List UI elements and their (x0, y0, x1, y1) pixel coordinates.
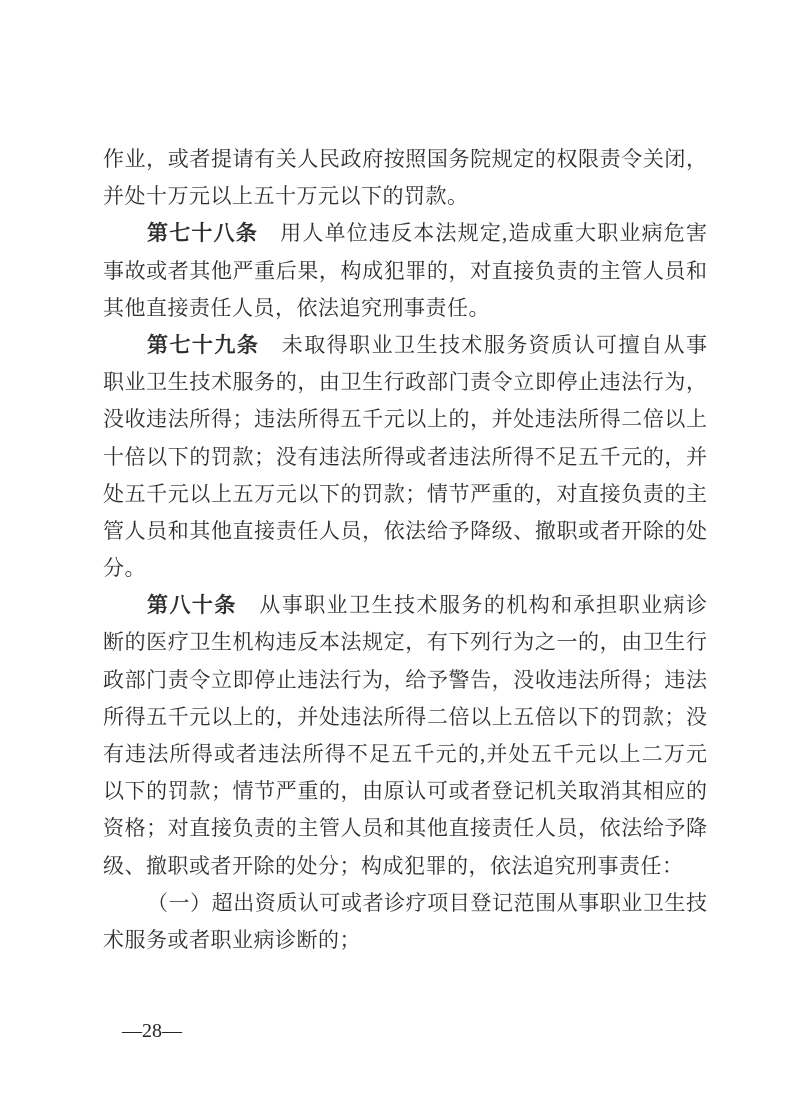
text-line: 管人员和其他直接责任人员，依法给予降级、撤职或者开除的处 (103, 513, 707, 550)
line-text: 其他直接责任人员，依法追究刑事责任。 (103, 296, 490, 320)
text-line: 其他直接责任人员，依法追究刑事责任。 (103, 290, 707, 327)
line-text: 没收违法所得；违法所得五千元以上的，并处违法所得二倍以上 (103, 407, 707, 431)
line-text: 并处十万元以上五十万元以下的罚款。 (103, 184, 469, 208)
text-line: 级、撤职或者开除的处分；构成犯罪的，依法追究刑事责任： (103, 848, 707, 885)
line-text: 资格；对直接负责的主管人员和其他直接责任人员，依法给予降 (103, 816, 707, 840)
line-text: 术服务或者职业病诊断的； (103, 928, 361, 952)
text-line: 政部门责令立即停止违法行为，给予警告，没收违法所得；违法 (103, 662, 707, 699)
line-text: 十倍以下的罚款；没有违法所得或者违法所得不足五千元的，并 (103, 445, 707, 469)
text-line: 术服务或者职业病诊断的； (103, 922, 707, 959)
text-line: 事故或者其他严重后果，构成犯罪的，对直接负责的主管人员和 (103, 253, 707, 290)
text-line: 处五千元以上五万元以下的罚款；情节严重的，对直接负责的主 (103, 476, 707, 513)
line-text: 以下的罚款；情节严重的，由原认可或者登记机关取消其相应的 (103, 779, 707, 803)
article-line: 第七十八条 用人单位违反本法规定,造成重大职业病危害 (103, 215, 707, 252)
line-text: 分。 (103, 556, 146, 580)
text-line: 作业，或者提请有关人民政府按照国务院规定的权限责令关闭， (103, 141, 707, 178)
document-page: 作业，或者提请有关人民政府按照国务院规定的权限责令关闭，并处十万元以上五十万元以… (0, 0, 790, 1118)
line-text: 事故或者其他严重后果，构成犯罪的，对直接负责的主管人员和 (103, 259, 707, 283)
line-text: 管人员和其他直接责任人员，依法给予降级、撤职或者开除的处 (103, 519, 707, 543)
text-line: 并处十万元以上五十万元以下的罚款。 (103, 178, 707, 215)
text-line: （一）超出资质认可或者诊疗项目登记范围从事职业卫生技 (103, 885, 707, 922)
line-text: 所得五千元以上的，并处违法所得二倍以上五倍以下的罚款；没 (103, 705, 707, 729)
line-text: 处五千元以上五万元以下的罚款；情节严重的，对直接负责的主 (103, 482, 707, 506)
article-number: 第八十条 (147, 593, 237, 617)
line-text: 政部门责令立即停止违法行为，给予警告，没收违法所得；违法 (103, 668, 707, 692)
text-line: 没收违法所得；违法所得五千元以上的，并处违法所得二倍以上 (103, 401, 707, 438)
line-text: 职业卫生技术服务的，由卫生行政部门责令立即停止违法行为， (103, 370, 707, 394)
line-text: 断的医疗卫生机构违反本法规定，有下列行为之一的，由卫生行 (103, 630, 707, 654)
line-text: （一）超出资质认可或者诊疗项目登记范围从事职业卫生技 (147, 891, 707, 915)
line-text: 有违法所得或者违法所得不足五千元的,并处五千元以上二万元 (103, 742, 707, 766)
page-number: —28— (122, 1019, 182, 1043)
text-line: 分。 (103, 550, 707, 587)
text-line: 职业卫生技术服务的，由卫生行政部门责令立即停止违法行为， (103, 364, 707, 401)
article-line: 第八十条 从事职业卫生技术服务的机构和承担职业病诊 (103, 587, 707, 624)
article-number: 第七十八条 (147, 221, 258, 245)
line-text: 级、撤职或者开除的处分；构成犯罪的，依法追究刑事责任： (103, 854, 684, 878)
article-line: 第七十九条 未取得职业卫生技术服务资质认可擅自从事 (103, 327, 707, 364)
line-text: 作业，或者提请有关人民政府按照国务院规定的权限责令关闭， (103, 147, 707, 171)
text-line: 所得五千元以上的，并处违法所得二倍以上五倍以下的罚款；没 (103, 699, 707, 736)
text-line: 断的医疗卫生机构违反本法规定，有下列行为之一的，由卫生行 (103, 624, 707, 661)
article-number: 第七十九条 (147, 333, 259, 357)
document-body: 作业，或者提请有关人民政府按照国务院规定的权限责令关闭，并处十万元以上五十万元以… (103, 141, 707, 959)
text-line: 以下的罚款；情节严重的，由原认可或者登记机关取消其相应的 (103, 773, 707, 810)
text-line: 资格；对直接负责的主管人员和其他直接责任人员，依法给予降 (103, 810, 707, 847)
line-text: 用人单位违反本法规定,造成重大职业病危害 (258, 221, 707, 245)
line-text: 从事职业卫生技术服务的机构和承担职业病诊 (237, 593, 707, 617)
text-line: 十倍以下的罚款；没有违法所得或者违法所得不足五千元的，并 (103, 439, 707, 476)
text-line: 有违法所得或者违法所得不足五千元的,并处五千元以上二万元 (103, 736, 707, 773)
line-text: 未取得职业卫生技术服务资质认可擅自从事 (259, 333, 707, 357)
